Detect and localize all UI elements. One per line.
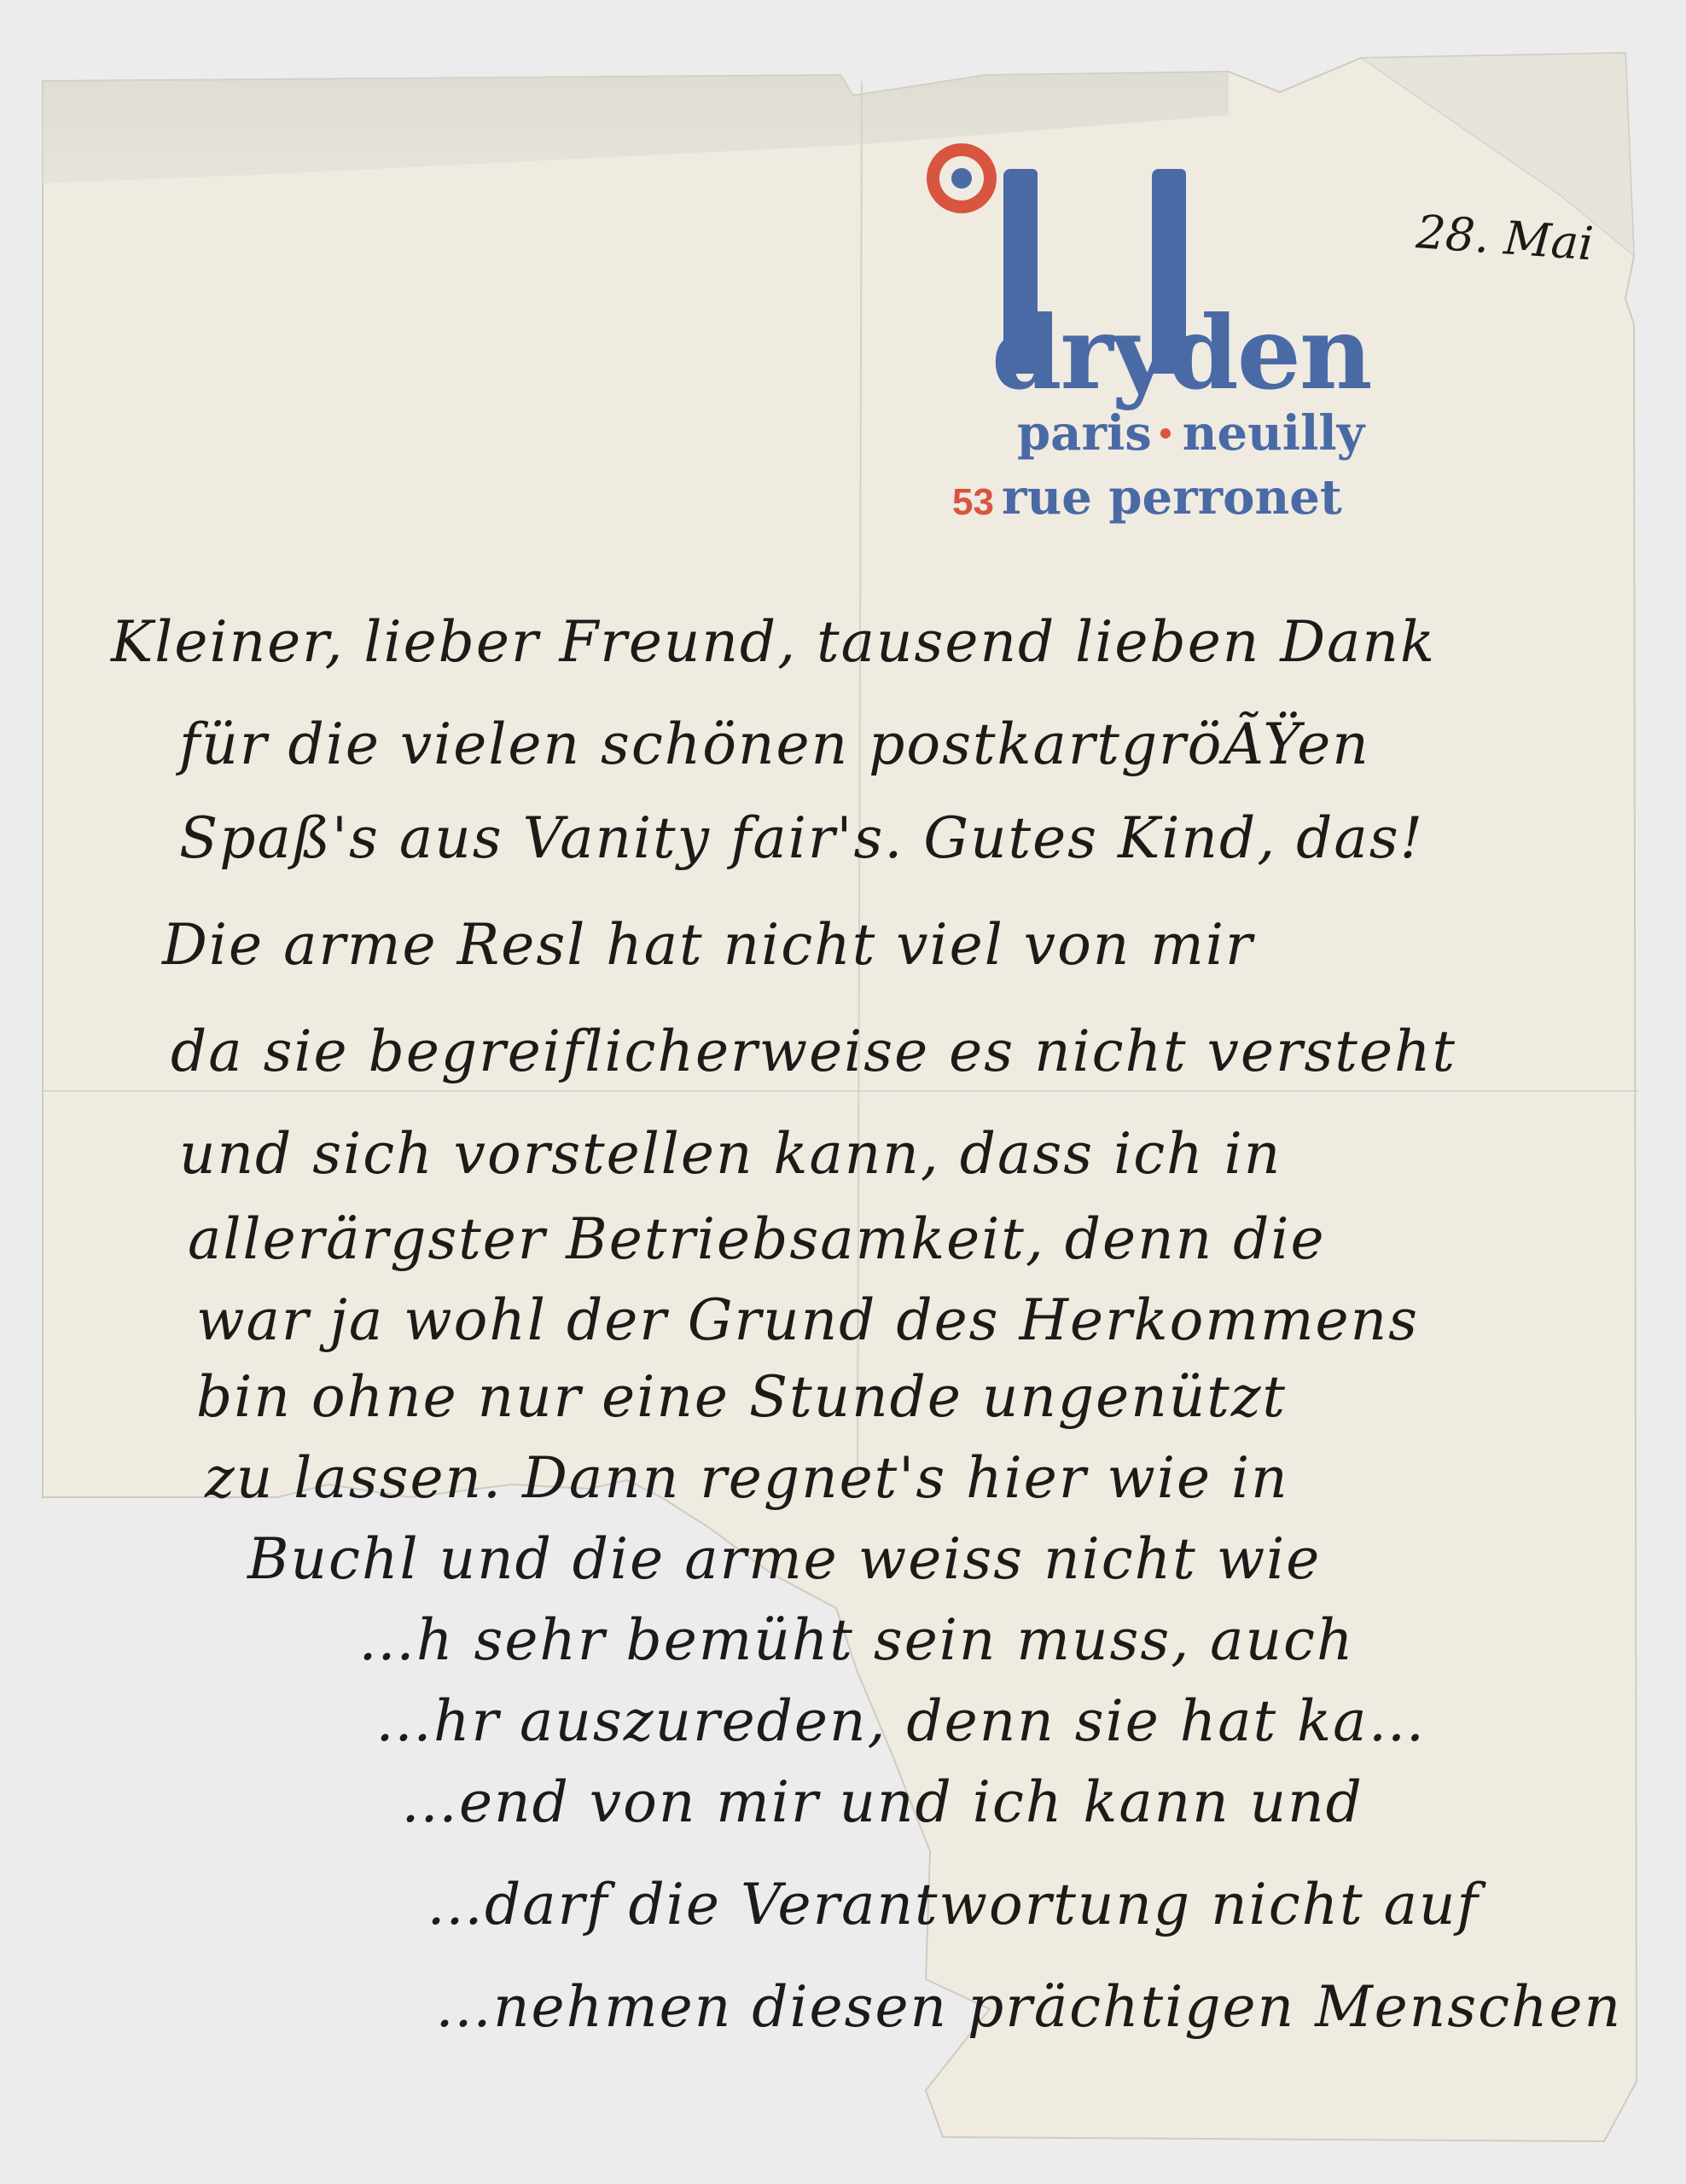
brand-name: dryden — [991, 303, 1371, 404]
letterhead-address: 53 rue perronet — [952, 473, 1342, 521]
letter-line: …nehmen diesen prächtigen Menschen — [435, 1979, 1622, 2036]
street-number: 53 — [952, 481, 994, 523]
letter-sheet: dryden parisneuilly 53 rue perronet 28. … — [0, 0, 1686, 2184]
district-name: neuilly — [1183, 405, 1364, 462]
letter-line: bin ohne nur eine Stunde ungenützt — [196, 1369, 1287, 1426]
street-name: rue perronet — [1002, 469, 1342, 526]
letter-line: Die arme Resl hat nicht viel von mir — [162, 917, 1254, 973]
letter-line: …hr auszureden, denn sie hat ka… — [375, 1693, 1426, 1750]
letter-line: Kleiner, lieber Freund, tausend lieben D… — [111, 614, 1436, 671]
paper-fold-line — [43, 1090, 1638, 1093]
letterhead: dryden parisneuilly 53 rue perronet — [921, 128, 1451, 537]
letter-line: für die vielen schönen postkartgröÃŸen — [179, 717, 1370, 773]
letter-line: da sie begreiflicherweise es nicht verst… — [171, 1024, 1456, 1080]
letter-line: zu lassen. Dann regnet's hier wie in — [205, 1450, 1289, 1507]
letter-line: Buchl und die arme weiss nicht wie — [247, 1531, 1321, 1588]
roundel-cockade-icon — [927, 143, 997, 213]
city-name: paris — [1017, 405, 1152, 462]
letter-line: allerärgster Betriebsamkeit, denn die — [188, 1211, 1326, 1268]
letterhead-city: parisneuilly — [1017, 409, 1364, 457]
letter-line: war ja wohl der Grund des Herkommens — [196, 1292, 1419, 1349]
letter-line: und sich vorstellen kann, dass ich in — [179, 1126, 1282, 1182]
separator-dot-icon — [1160, 428, 1171, 439]
letter-line: …h sehr bemüht sein muss, auch — [358, 1612, 1355, 1669]
letter-line: Spaß's aus Vanity fair's. Gutes Kind, da… — [179, 810, 1424, 867]
letter-line: …end von mir und ich kann und — [401, 1774, 1363, 1831]
letter-line: …darf die Verantwortung nicht auf — [427, 1877, 1480, 1933]
